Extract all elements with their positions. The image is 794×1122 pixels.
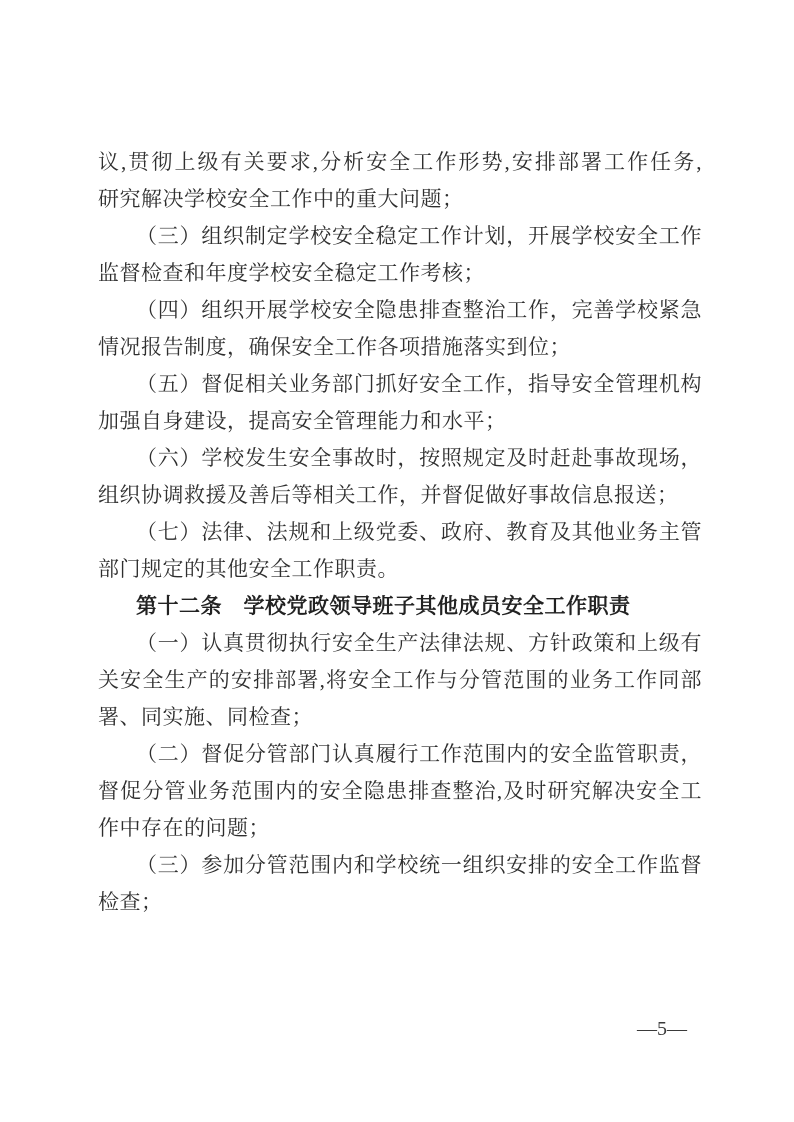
document-line: 署、同实施、同检查； (98, 699, 702, 736)
article-heading: 第十二条 学校党政领导班子其他成员安全工作职责 (98, 588, 702, 625)
page-number: —5— (632, 1018, 692, 1040)
document-line: 议,贯彻上级有关要求,分析安全工作形势,安排部署工作任务, (98, 144, 702, 181)
document-line: 作中存在的问题； (98, 810, 702, 847)
document-body: 议,贯彻上级有关要求,分析安全工作形势,安排部署工作任务,研究解决学校安全工作中… (98, 144, 702, 921)
document-line: （二）督促分管部门认真履行工作范围内的安全监管职责， (98, 736, 702, 773)
document-page: 议,贯彻上级有关要求,分析安全工作形势,安排部署工作任务,研究解决学校安全工作中… (0, 0, 794, 1122)
document-line: （三）参加分管范围内和学校统一组织安排的安全工作监督 (98, 847, 702, 884)
document-line: 督促分管业务范围内的安全隐患排查整治,及时研究解决安全工 (98, 773, 702, 810)
document-line: 加强自身建设，提高安全管理能力和水平； (98, 403, 702, 440)
document-line: 研究解决学校安全工作中的重大问题； (98, 181, 702, 218)
document-line: 关安全生产的安排部署,将安全工作与分管范围的业务工作同部 (98, 662, 702, 699)
document-line: 检查； (98, 884, 702, 921)
document-line: 情况报告制度，确保安全工作各项措施落实到位； (98, 329, 702, 366)
document-line: （七）法律、法规和上级党委、政府、教育及其他业务主管 (98, 514, 702, 551)
document-line: （一）认真贯彻执行安全生产法律法规、方针政策和上级有 (98, 625, 702, 662)
document-line: 部门规定的其他安全工作职责。 (98, 551, 702, 588)
document-line: 组织协调救援及善后等相关工作，并督促做好事故信息报送； (98, 477, 702, 514)
document-line: （四）组织开展学校安全隐患排查整治工作，完善学校紧急 (98, 292, 702, 329)
document-line: （六）学校发生安全事故时，按照规定及时赶赴事故现场， (98, 440, 702, 477)
document-line: （三）组织制定学校安全稳定工作计划，开展学校安全工作 (98, 218, 702, 255)
document-line: 监督检查和年度学校安全稳定工作考核； (98, 255, 702, 292)
document-line: （五）督促相关业务部门抓好安全工作，指导安全管理机构 (98, 366, 702, 403)
